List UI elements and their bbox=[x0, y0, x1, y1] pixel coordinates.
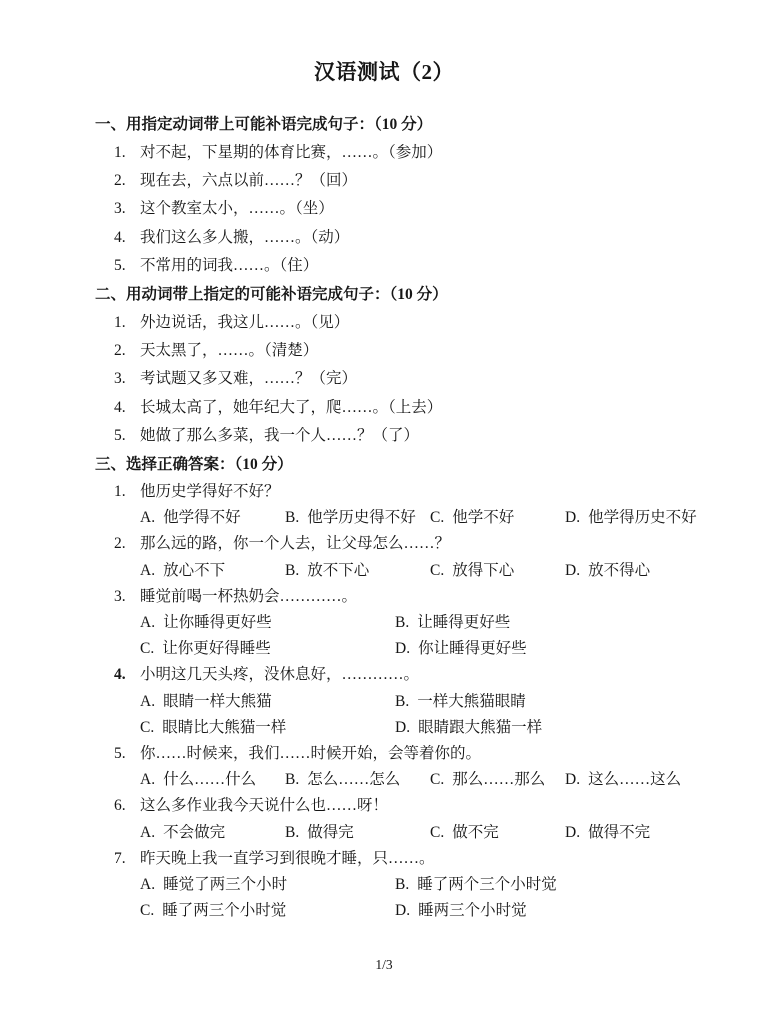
option-text: 让你更好得睡些 bbox=[162, 640, 271, 657]
option-text: 做得完 bbox=[307, 824, 354, 841]
option: A.不会做完 bbox=[140, 820, 285, 846]
option-letter: B. bbox=[285, 767, 299, 793]
option-letter: D. bbox=[565, 505, 580, 531]
option: D.眼睛跟大熊猫一样 bbox=[395, 715, 542, 741]
option-letter: C. bbox=[140, 715, 154, 741]
fill-in-item: 4.长城太高了，她年纪大了，爬……。（上去） bbox=[114, 394, 718, 422]
options-row: A.什么……什么B.怎么……怎么C.那么……那么D.这么……这么 bbox=[140, 767, 728, 793]
option-letter: B. bbox=[285, 820, 299, 846]
option: A.让你睡得更好些 bbox=[140, 610, 395, 636]
option-text: 让你睡得更好些 bbox=[163, 614, 272, 631]
question-number: 3. bbox=[114, 584, 140, 610]
fill-in-item: 5.她做了那么多菜，我一个人……？（了） bbox=[114, 422, 718, 450]
item-text: 她做了那么多菜，我一个人……？（了） bbox=[140, 422, 718, 450]
question-stem: 你……时候来，我们……时候开始，会等着你的。 bbox=[140, 741, 718, 767]
option: C.那么……那么 bbox=[430, 767, 565, 793]
option-text: 不会做完 bbox=[163, 824, 225, 841]
option-text: 睡两三个小时觉 bbox=[418, 902, 527, 919]
option: C.放得下心 bbox=[430, 558, 565, 584]
option: C.让你更好得睡些 bbox=[140, 636, 395, 662]
fill-in-item: 4.我们这么多人搬，……。（动） bbox=[114, 224, 718, 252]
page-title: 汉语测试（2） bbox=[0, 0, 768, 86]
option: B.怎么……怎么 bbox=[285, 767, 430, 793]
option-letter: A. bbox=[140, 689, 155, 715]
option-text: 放得下心 bbox=[452, 562, 514, 579]
option: D.放不得心 bbox=[565, 558, 650, 584]
option-text: 眼睛跟大熊猫一样 bbox=[418, 719, 542, 736]
options-row: A.不会做完B.做得完C.做不完D.做得不完 bbox=[140, 820, 728, 846]
question-stem-row: 1.他历史学得好不好？ bbox=[114, 479, 718, 505]
options-row: C.让你更好得睡些D.你让睡得更好些 bbox=[140, 636, 728, 662]
option: A.什么……什么 bbox=[140, 767, 285, 793]
question-stem-row: 7.昨天晚上我一直学习到很晚才睡，只……。 bbox=[114, 846, 718, 872]
options-row: A.放心不下B.放不下心C.放得下心D.放不得心 bbox=[140, 558, 728, 584]
fill-in-item: 3.考试题又多又难，……？（完） bbox=[114, 365, 718, 393]
option-letter: A. bbox=[140, 505, 155, 531]
option-letter: B. bbox=[285, 505, 299, 531]
document-content: 一、用指定动词带上可能补语完成句子：（10 分）1.对不起，下星期的体育比赛，…… bbox=[0, 110, 768, 924]
option: B.睡了两个三个小时觉 bbox=[395, 872, 557, 898]
option-text: 他学得不好 bbox=[163, 509, 241, 526]
option-text: 怎么……怎么 bbox=[307, 771, 400, 788]
question-stem: 昨天晚上我一直学习到很晚才睡，只……。 bbox=[140, 846, 718, 872]
item-text: 天太黑了，……。（清楚） bbox=[140, 337, 718, 365]
option: D.睡两三个小时觉 bbox=[395, 898, 527, 924]
fill-in-item: 1.对不起，下星期的体育比赛，……。（参加） bbox=[114, 139, 718, 167]
item-text: 外边说话，我这儿……。（见） bbox=[140, 309, 718, 337]
question-number: 4. bbox=[114, 662, 140, 688]
option-letter: B. bbox=[395, 872, 409, 898]
option: B.一样大熊猫眼睛 bbox=[395, 689, 526, 715]
option-letter: B. bbox=[285, 558, 299, 584]
option-text: 让睡得更好些 bbox=[417, 614, 510, 631]
question-number: 7. bbox=[114, 846, 140, 872]
option: D.做得不完 bbox=[565, 820, 650, 846]
item-number: 2. bbox=[114, 167, 140, 195]
option-text: 放不下心 bbox=[307, 562, 369, 579]
option-text: 睡了两三个小时觉 bbox=[162, 902, 286, 919]
option-letter: A. bbox=[140, 610, 155, 636]
option-text: 睡觉了两三个小时 bbox=[163, 876, 287, 893]
item-text: 现在去，六点以前……？（回） bbox=[140, 167, 718, 195]
option-letter: D. bbox=[565, 767, 580, 793]
page-number: 1/3 bbox=[0, 957, 768, 973]
question-stem: 小明这几天头疼，没休息好，…………。 bbox=[140, 662, 718, 688]
option: A.睡觉了两三个小时 bbox=[140, 872, 395, 898]
option: B.让睡得更好些 bbox=[395, 610, 510, 636]
question-number: 1. bbox=[114, 479, 140, 505]
fill-in-item: 2.现在去，六点以前……？（回） bbox=[114, 167, 718, 195]
option: A.他学得不好 bbox=[140, 505, 285, 531]
option-text: 放心不下 bbox=[163, 562, 225, 579]
option-text: 那么……那么 bbox=[452, 771, 545, 788]
option-letter: A. bbox=[140, 558, 155, 584]
item-text: 考试题又多又难，……？（完） bbox=[140, 365, 718, 393]
fill-in-item: 2.天太黑了，……。（清楚） bbox=[114, 337, 718, 365]
question-number: 6. bbox=[114, 793, 140, 819]
section-2: 二、用动词带上指定的可能补语完成句子：（10 分）1.外边说话，我这儿……。（见… bbox=[0, 280, 768, 450]
question-stem-row: 2.那么远的路，你一个人去，让父母怎么……？ bbox=[114, 531, 718, 557]
question-stem-row: 5.你……时候来，我们……时候开始，会等着你的。 bbox=[114, 741, 718, 767]
item-number: 5. bbox=[114, 422, 140, 450]
option: D.你让睡得更好些 bbox=[395, 636, 527, 662]
question-stem: 这么多作业我今天说什么也……呀！ bbox=[140, 793, 718, 819]
options-row: A.他学得不好B.他学历史得不好C.他学不好D.他学得历史不好 bbox=[140, 505, 728, 531]
option-text: 睡了两个三个小时觉 bbox=[417, 876, 557, 893]
question-stem: 睡觉前喝一杯热奶会…………。 bbox=[140, 584, 718, 610]
option-text: 这么……这么 bbox=[588, 771, 681, 788]
option-letter: D. bbox=[565, 558, 580, 584]
item-text: 长城太高了，她年纪大了，爬……。（上去） bbox=[140, 394, 718, 422]
item-number: 4. bbox=[114, 394, 140, 422]
option: D.这么……这么 bbox=[565, 767, 681, 793]
item-text: 这个教室太小，……。（坐） bbox=[140, 195, 718, 223]
question-number: 2. bbox=[114, 531, 140, 557]
option-letter: C. bbox=[140, 898, 154, 924]
option-text: 放不得心 bbox=[588, 562, 650, 579]
options-row: A.眼睛一样大熊猫B.一样大熊猫眼睛 bbox=[140, 689, 728, 715]
option-letter: D. bbox=[395, 898, 410, 924]
option-letter: D. bbox=[395, 636, 410, 662]
option-letter: B. bbox=[395, 689, 409, 715]
item-number: 2. bbox=[114, 337, 140, 365]
option-letter: C. bbox=[430, 820, 444, 846]
item-number: 4. bbox=[114, 224, 140, 252]
option: D.他学得历史不好 bbox=[565, 505, 697, 531]
question-number: 5. bbox=[114, 741, 140, 767]
option-letter: B. bbox=[395, 610, 409, 636]
question-stem: 那么远的路，你一个人去，让父母怎么……？ bbox=[140, 531, 718, 557]
fill-in-item: 5.不常用的词我……。（住） bbox=[114, 252, 718, 280]
option-text: 眼睛一样大熊猫 bbox=[163, 693, 272, 710]
option-letter: A. bbox=[140, 767, 155, 793]
option-letter: A. bbox=[140, 872, 155, 898]
document-page: 汉语测试（2） 一、用指定动词带上可能补语完成句子：（10 分）1.对不起，下星… bbox=[0, 0, 768, 1024]
item-number: 3. bbox=[114, 365, 140, 393]
option-letter: C. bbox=[430, 558, 444, 584]
option-text: 他学不好 bbox=[452, 509, 514, 526]
options-row: C.眼睛比大熊猫一样D.眼睛跟大熊猫一样 bbox=[140, 715, 728, 741]
options-row: A.睡觉了两三个小时B.睡了两个三个小时觉 bbox=[140, 872, 728, 898]
option: C.他学不好 bbox=[430, 505, 565, 531]
options-row: C.睡了两三个小时觉D.睡两三个小时觉 bbox=[140, 898, 728, 924]
section-3: 三、选择正确答案：（10 分）1.他历史学得好不好？A.他学得不好B.他学历史得… bbox=[0, 450, 768, 924]
option-text: 你让睡得更好些 bbox=[418, 640, 527, 657]
section-1: 一、用指定动词带上可能补语完成句子：（10 分）1.对不起，下星期的体育比赛，…… bbox=[0, 110, 768, 280]
item-number: 3. bbox=[114, 195, 140, 223]
item-number: 1. bbox=[114, 139, 140, 167]
option-text: 做得不完 bbox=[588, 824, 650, 841]
option-text: 他学历史得不好 bbox=[307, 509, 416, 526]
item-number: 5. bbox=[114, 252, 140, 280]
option-letter: C. bbox=[430, 767, 444, 793]
option-letter: D. bbox=[565, 820, 580, 846]
question-stem: 他历史学得好不好？ bbox=[140, 479, 718, 505]
option-text: 什么……什么 bbox=[163, 771, 256, 788]
section-heading: 二、用动词带上指定的可能补语完成句子：（10 分） bbox=[95, 280, 708, 309]
section-heading: 三、选择正确答案：（10 分） bbox=[95, 450, 708, 479]
option-letter: C. bbox=[430, 505, 444, 531]
option: A.放心不下 bbox=[140, 558, 285, 584]
options-row: A.让你睡得更好些B.让睡得更好些 bbox=[140, 610, 728, 636]
option-letter: A. bbox=[140, 820, 155, 846]
option: C.睡了两三个小时觉 bbox=[140, 898, 395, 924]
option-letter: D. bbox=[395, 715, 410, 741]
item-text: 不常用的词我……。（住） bbox=[140, 252, 718, 280]
option-letter: C. bbox=[140, 636, 154, 662]
option: B.放不下心 bbox=[285, 558, 430, 584]
option: C.眼睛比大熊猫一样 bbox=[140, 715, 395, 741]
fill-in-item: 3.这个教室太小，……。（坐） bbox=[114, 195, 718, 223]
section-heading: 一、用指定动词带上可能补语完成句子：（10 分） bbox=[95, 110, 708, 139]
question-stem-row: 4.小明这几天头疼，没休息好，…………。 bbox=[114, 662, 718, 688]
option-text: 眼睛比大熊猫一样 bbox=[162, 719, 286, 736]
question-stem-row: 3.睡觉前喝一杯热奶会…………。 bbox=[114, 584, 718, 610]
item-text: 对不起，下星期的体育比赛，……。（参加） bbox=[140, 139, 718, 167]
item-number: 1. bbox=[114, 309, 140, 337]
option: B.做得完 bbox=[285, 820, 430, 846]
option-text: 做不完 bbox=[452, 824, 499, 841]
option-text: 他学得历史不好 bbox=[588, 509, 697, 526]
option: B.他学历史得不好 bbox=[285, 505, 430, 531]
option-text: 一样大熊猫眼睛 bbox=[417, 693, 526, 710]
option: A.眼睛一样大熊猫 bbox=[140, 689, 395, 715]
question-stem-row: 6.这么多作业我今天说什么也……呀！ bbox=[114, 793, 718, 819]
item-text: 我们这么多人搬，……。（动） bbox=[140, 224, 718, 252]
fill-in-item: 1.外边说话，我这儿……。（见） bbox=[114, 309, 718, 337]
option: C.做不完 bbox=[430, 820, 565, 846]
